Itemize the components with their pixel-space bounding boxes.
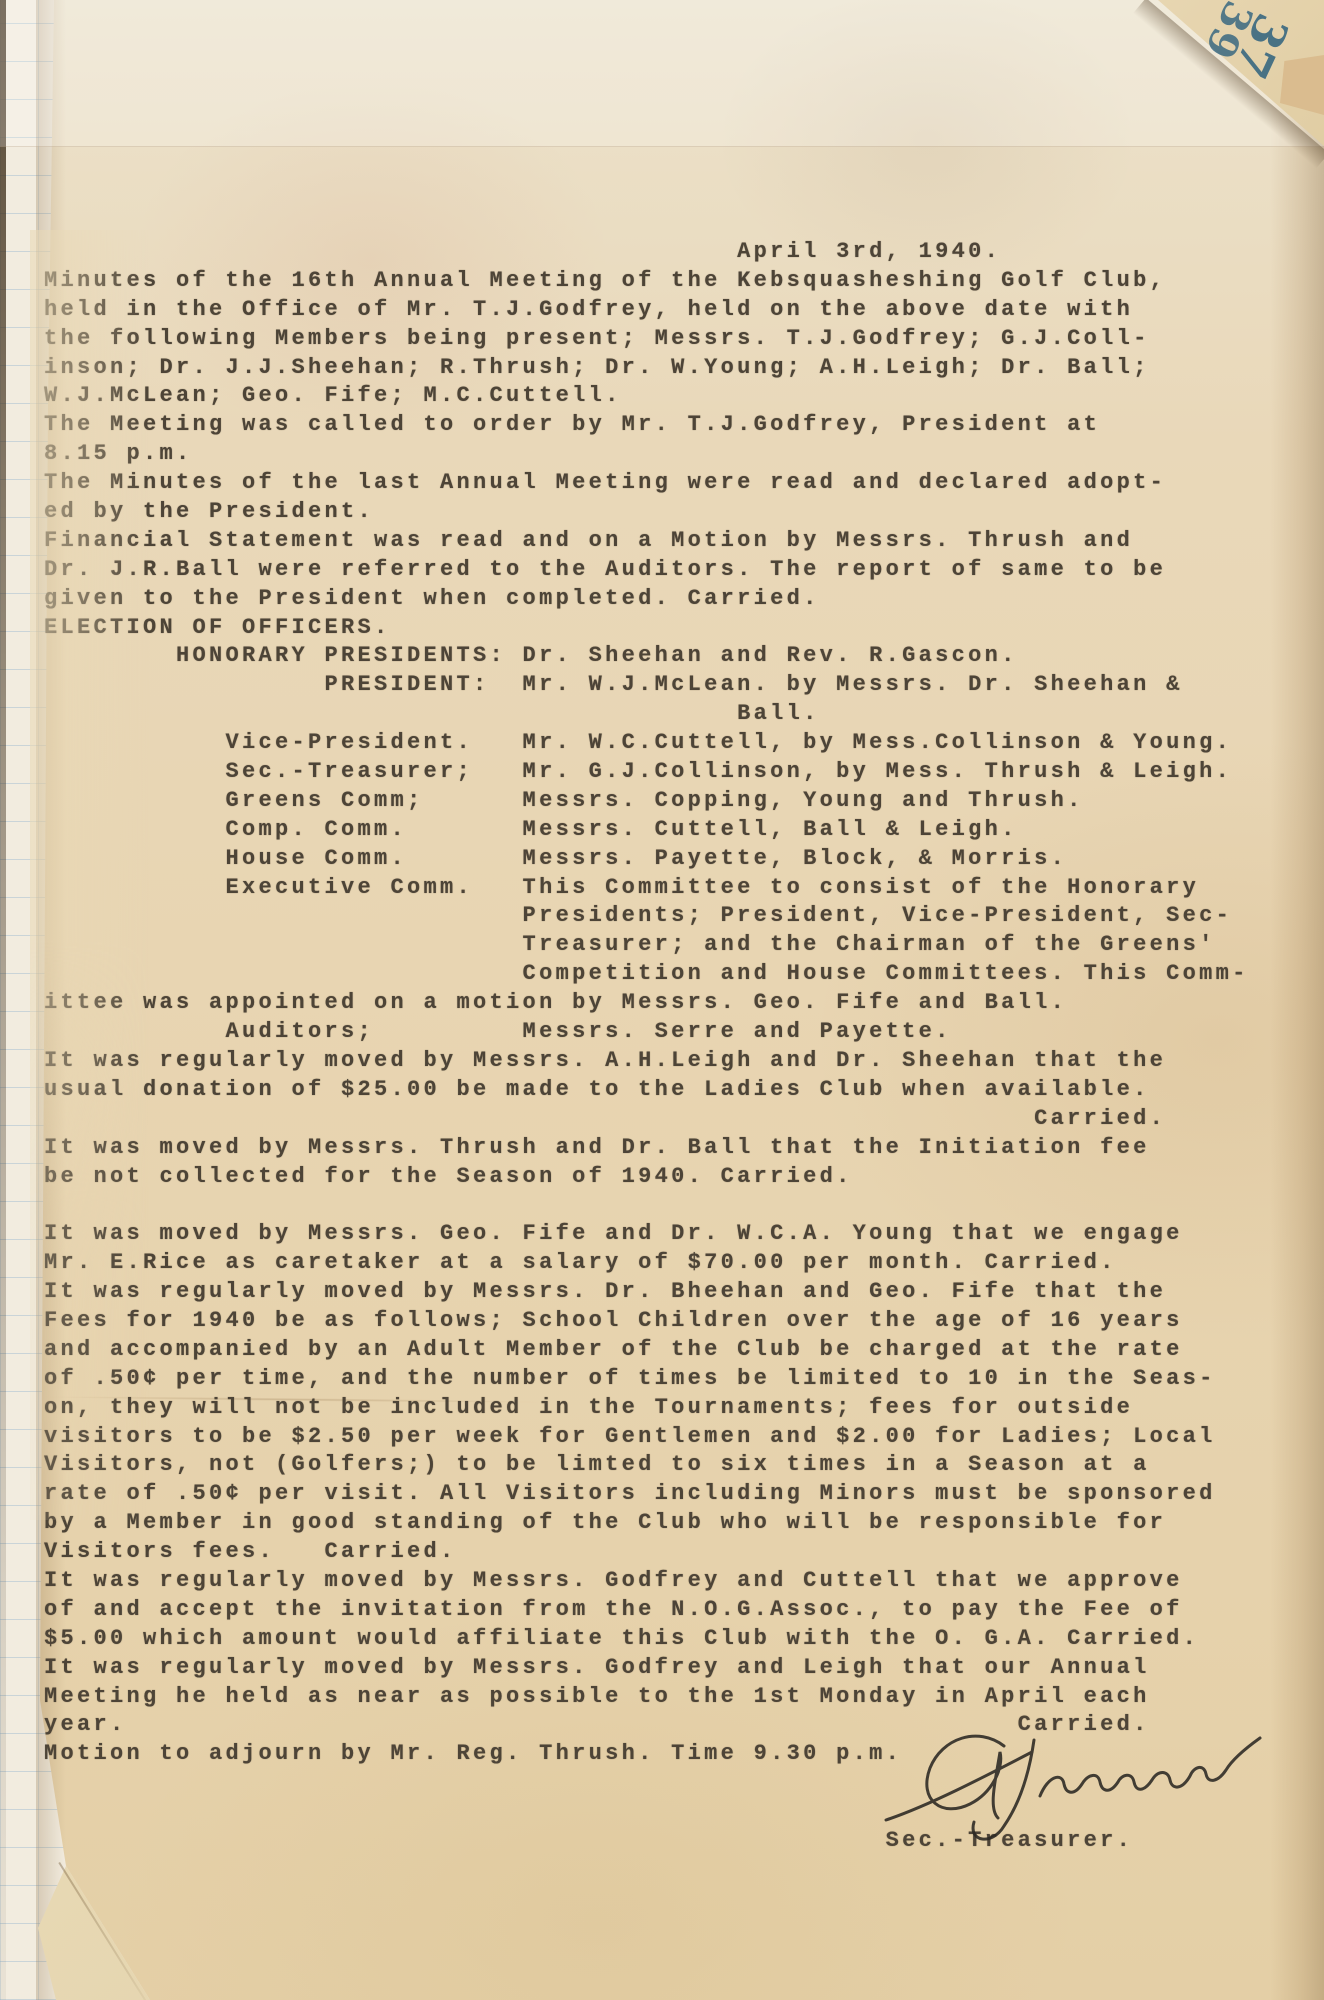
- typed-line: It was regularly moved by Messrs. A.H.Le…: [44, 1047, 1249, 1076]
- typed-line: usual donation of $25.00 be made to the …: [44, 1076, 1249, 1105]
- typed-lines: April 3rd, 1940.Minutes of the 16th Annu…: [44, 238, 1249, 1856]
- typed-line: Meeting he held as near as possible to t…: [44, 1683, 1249, 1712]
- typed-line: $5.00 which amount would affiliate this …: [44, 1625, 1249, 1654]
- typed-line: Presidents; President, Vice-President, S…: [44, 902, 1249, 931]
- typed-line: The Meeting was called to order by Mr. T…: [44, 411, 1249, 440]
- typed-line: rate of .50¢ per visit. All Visitors inc…: [44, 1480, 1249, 1509]
- typed-line: Greens Comm; Messrs. Copping, Young and …: [44, 787, 1249, 816]
- typed-line: Sec.-Treasurer; Mr. G.J.Collinson, by Me…: [44, 758, 1249, 787]
- typed-line: Financial Statement was read and on a Mo…: [44, 527, 1249, 556]
- typed-line: Treasurer; and the Chairman of the Green…: [44, 931, 1249, 960]
- typed-line: held in the Office of Mr. T.J.Godfrey, h…: [44, 296, 1249, 325]
- typed-line: 8.15 p.m.: [44, 440, 1249, 469]
- typed-line: It was regularly moved by Messrs. Godfre…: [44, 1567, 1249, 1596]
- typed-line: Fees for 1940 be as follows; School Chil…: [44, 1307, 1249, 1336]
- typed-line: ELECTION OF OFFICERS.: [44, 614, 1249, 643]
- typed-line: It was moved by Messrs. Geo. Fife and Dr…: [44, 1220, 1249, 1249]
- scanned-minutes-page: { "document": { "typed_lines": [ " April…: [0, 0, 1324, 2000]
- typed-line: The Minutes of the last Annual Meeting w…: [44, 469, 1249, 498]
- typed-line: given to the President when completed. C…: [44, 585, 1249, 614]
- typed-line: of and accept the invitation from the N.…: [44, 1596, 1249, 1625]
- typed-line: HONORARY PRESIDENTS: Dr. Sheehan and Rev…: [44, 642, 1249, 671]
- typed-line: Auditors; Messrs. Serre and Payette.: [44, 1018, 1249, 1047]
- typed-line: by a Member in good standing of the Club…: [44, 1509, 1249, 1538]
- typed-line: Mr. E.Rice as caretaker at a salary of $…: [44, 1249, 1249, 1278]
- typed-line: Competition and House Committees. This C…: [44, 960, 1249, 989]
- typed-line: Carried.: [44, 1105, 1249, 1134]
- typed-line: inson; Dr. J.J.Sheehan; R.Thrush; Dr. W.…: [44, 354, 1249, 383]
- horizontal-crease: [0, 0, 1324, 147]
- typed-line: Visitors fees. Carried.: [44, 1538, 1249, 1567]
- typed-line: Minutes of the 16th Annual Meeting of th…: [44, 267, 1249, 296]
- typed-line: ittee was appointed on a motion by Messr…: [44, 989, 1249, 1018]
- typed-line: Visitors, not (Golfers;) to be limted to…: [44, 1451, 1249, 1480]
- typed-line: and accompanied by an Adult Member of th…: [44, 1336, 1249, 1365]
- typed-line: ed by the President.: [44, 498, 1249, 527]
- typed-line: House Comm. Messrs. Payette, Block, & Mo…: [44, 845, 1249, 874]
- typed-line: Vice-President. Mr. W.C.Cuttell, by Mess…: [44, 729, 1249, 758]
- typed-line: W.J.McLean; Geo. Fife; M.C.Cuttell.: [44, 382, 1249, 411]
- typed-line: be not collected for the Season of 1940.…: [44, 1163, 1249, 1192]
- typed-line: the following Members being present; Mes…: [44, 325, 1249, 354]
- signature-handwritten: [880, 1716, 1270, 1866]
- typed-line: It was regularly moved by Messrs. Godfre…: [44, 1654, 1249, 1683]
- typed-line: [44, 1191, 1249, 1220]
- typed-line: on, they will not be included in the Tou…: [44, 1394, 1249, 1423]
- typed-line: Executive Comm. This Committee to consis…: [44, 874, 1249, 903]
- typed-line: visitors to be $2.50 per week for Gentle…: [44, 1423, 1249, 1452]
- typed-line: Ball.: [44, 700, 1249, 729]
- typed-line: PRESIDENT: Mr. W.J.McLean. by Messrs. Dr…: [44, 671, 1249, 700]
- typed-line: of .50¢ per time, and the number of time…: [44, 1365, 1249, 1394]
- typed-line: It was regularly moved by Messrs. Dr. Bh…: [44, 1278, 1249, 1307]
- book-spine-edge: [0, 0, 6, 2000]
- typed-line: Comp. Comm. Messrs. Cuttell, Ball & Leig…: [44, 816, 1249, 845]
- typed-line: April 3rd, 1940.: [44, 238, 1249, 267]
- typed-line: It was moved by Messrs. Thrush and Dr. B…: [44, 1134, 1249, 1163]
- typed-line: Dr. J.R.Ball were referred to the Audito…: [44, 556, 1249, 585]
